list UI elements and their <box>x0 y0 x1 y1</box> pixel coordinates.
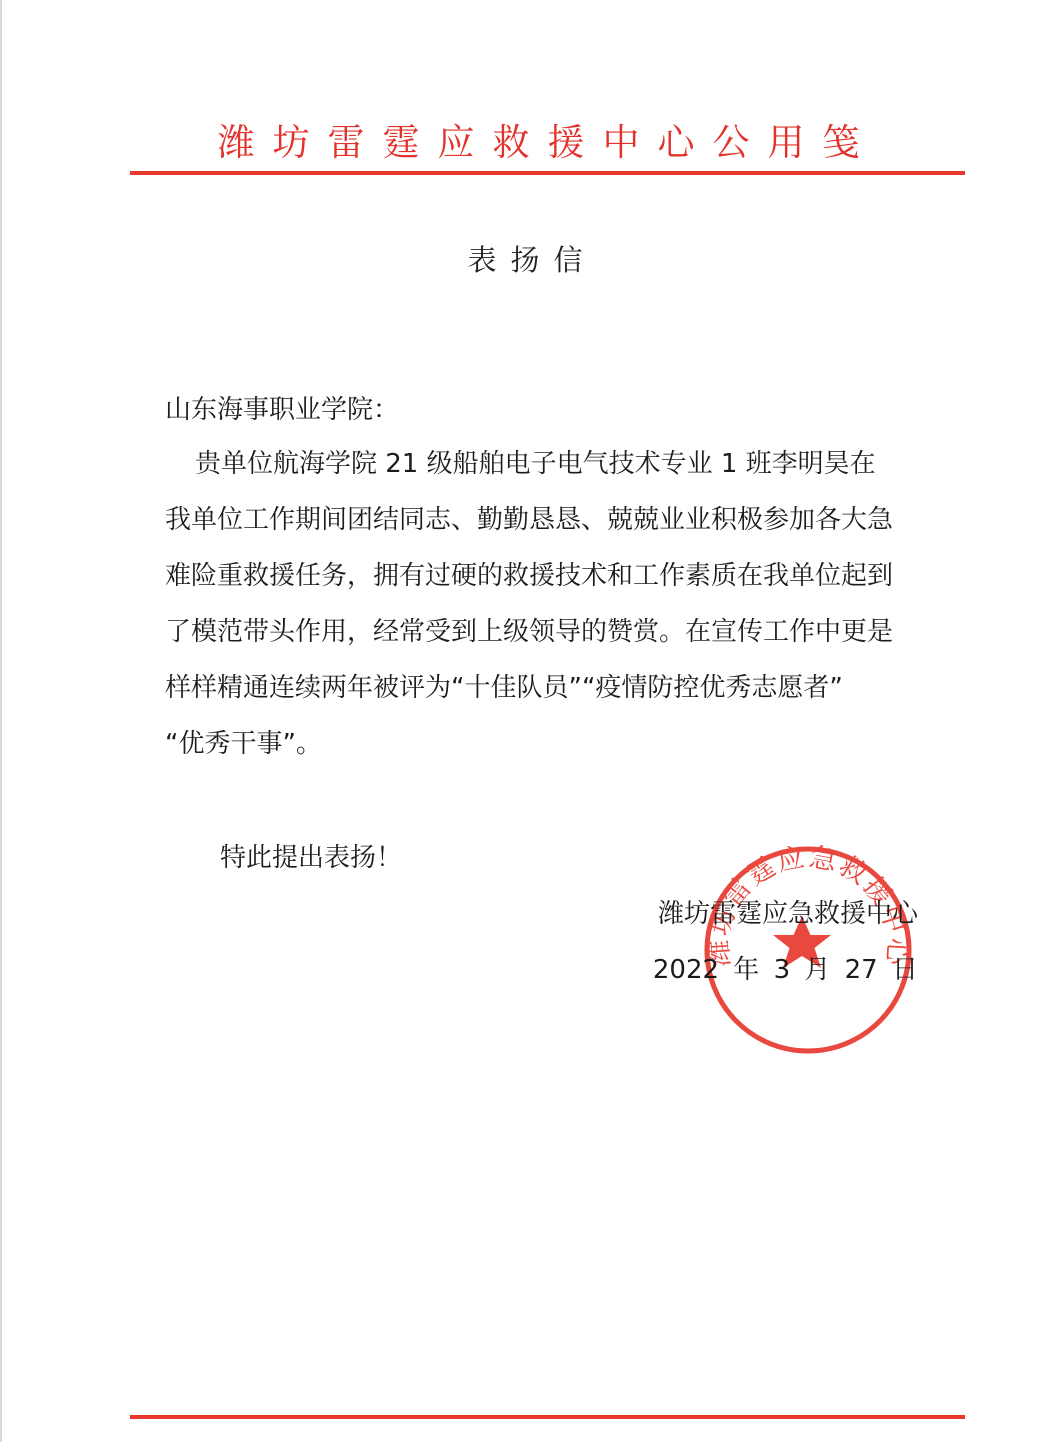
page-edge <box>0 0 2 1442</box>
signature-organization: 潍坊雷霆应急救援中心 <box>658 886 918 942</box>
body-line: 难险重救援任务，拥有过硬的救援技术和工作素质在我单位起到 <box>165 548 925 604</box>
salutation: 山东海事职业学院： <box>165 382 925 438</box>
letterhead-bottom-rule <box>130 1415 965 1419</box>
letter-body: 贵单位航海学院 21 级船舶电子电气技术专业 1 班李明昊在 我单位工作期间团结… <box>165 436 925 772</box>
body-line: “优秀干事”。 <box>165 716 925 772</box>
signature-date: 2022 年 3 月 27 日 <box>653 942 918 998</box>
letterhead-title: 潍坊雷霆应救援中心公用笺 <box>130 118 965 168</box>
body-line: 我单位工作期间团结同志、勤勤恳恳、兢兢业业积极参加各大急 <box>165 492 925 548</box>
document-title: 表扬信 <box>0 240 1064 280</box>
body-line: 样样精通连续两年被评为“十佳队员”“疫情防控优秀志愿者” <box>165 660 925 716</box>
body-line: 贵单位航海学院 21 级船舶电子电气技术专业 1 班李明昊在 <box>165 436 925 492</box>
body-line: 了模范带头作用，经常受到上级领导的赞赏。在宣传工作中更是 <box>165 604 925 660</box>
letterhead-top-rule <box>130 171 965 175</box>
